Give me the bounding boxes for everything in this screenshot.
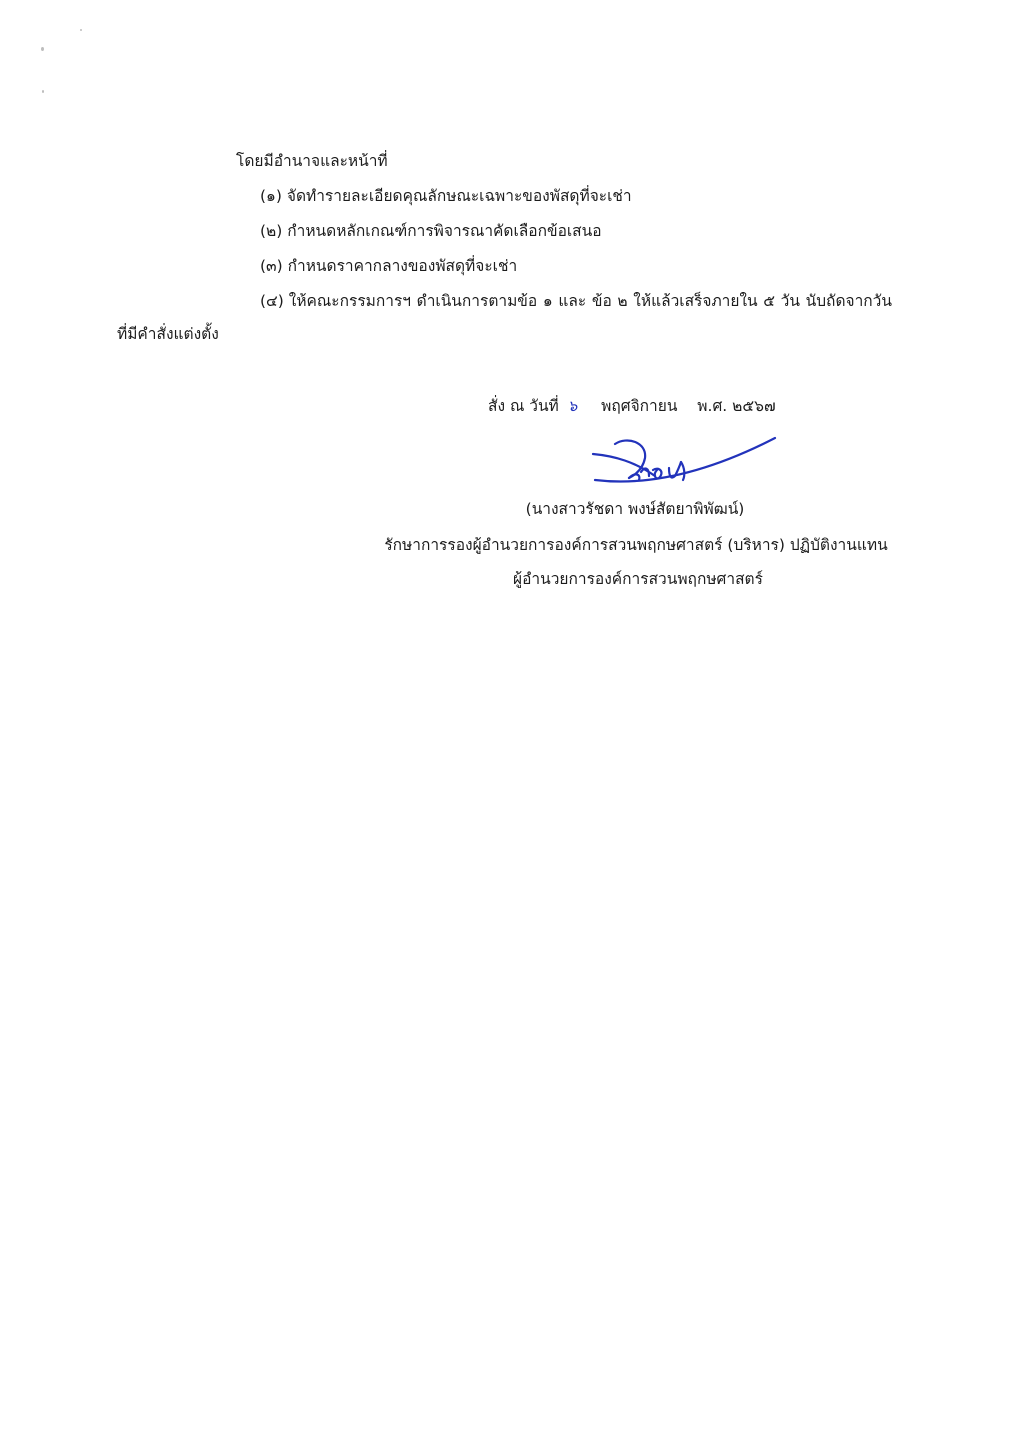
duty-item-4-part: ๒: [617, 291, 627, 311]
order-date-prefix: สั่ง ณ วันที่: [488, 397, 559, 415]
duty-item-4-part: (๔) ให้คณะกรรมการฯ: [260, 291, 411, 311]
signatory-name: (นางสาวรัชดา พงษ์สัตยาพิพัฒน์): [490, 499, 780, 519]
duty-item-4-part: ๕: [763, 291, 775, 311]
duty-item-4: (๔) ให้คณะกรรมการฯ ดำเนินการตามข้อ ๑ และ…: [260, 291, 892, 311]
signatory-title-line-1: รักษาการรองผู้อำนวยการองค์การสวนพฤกษศาสต…: [378, 535, 894, 555]
signatory-title-line-2: ผู้อำนวยการองค์การสวนพฤกษศาสตร์: [448, 569, 828, 589]
handwritten-signature: [585, 432, 785, 492]
scan-speck: [42, 90, 44, 93]
duty-item-3: (๓) กำหนดราคากลางของพัสดุที่จะเช่า: [260, 256, 517, 276]
duty-item-4-part: ๑: [543, 291, 553, 311]
duty-item-4-part: ดำเนินการตามข้อ: [417, 291, 538, 311]
order-date-month: พฤศจิกายน: [601, 397, 677, 415]
duty-item-4-part: นับถัดจากวัน: [806, 291, 892, 311]
duty-item-2: (๒) กำหนดหลักเกณฑ์การพิจารณาคัดเลือกข้อเ…: [260, 221, 602, 241]
order-date-year-label: พ.ศ.: [697, 397, 727, 415]
duty-item-1: (๑) จัดทำรายละเอียดคุณลักษณะเฉพาะของพัสด…: [260, 186, 632, 206]
duty-item-4-continuation: ที่มีคำสั่งแต่งตั้ง: [117, 324, 219, 344]
order-date: สั่ง ณ วันที่ ๖ พฤศจิกายน พ.ศ. ๒๕๖๗: [488, 396, 776, 416]
document-page: โดยมีอำนาจและหน้าที่ (๑) จัดทำรายละเอียด…: [0, 0, 1013, 1433]
order-date-day: ๖: [568, 396, 578, 416]
duties-intro: โดยมีอำนาจและหน้าที่: [236, 151, 388, 171]
duty-item-4-part: ให้แล้วเสร็จภายใน: [633, 291, 757, 311]
duty-item-4-part: และ: [558, 291, 586, 311]
duty-item-4-part: วัน: [781, 291, 800, 311]
scan-speck: [41, 47, 44, 51]
scan-speck: [80, 29, 82, 31]
duty-item-4-part: ข้อ: [592, 291, 612, 311]
order-date-year: ๒๕๖๗: [732, 397, 775, 415]
